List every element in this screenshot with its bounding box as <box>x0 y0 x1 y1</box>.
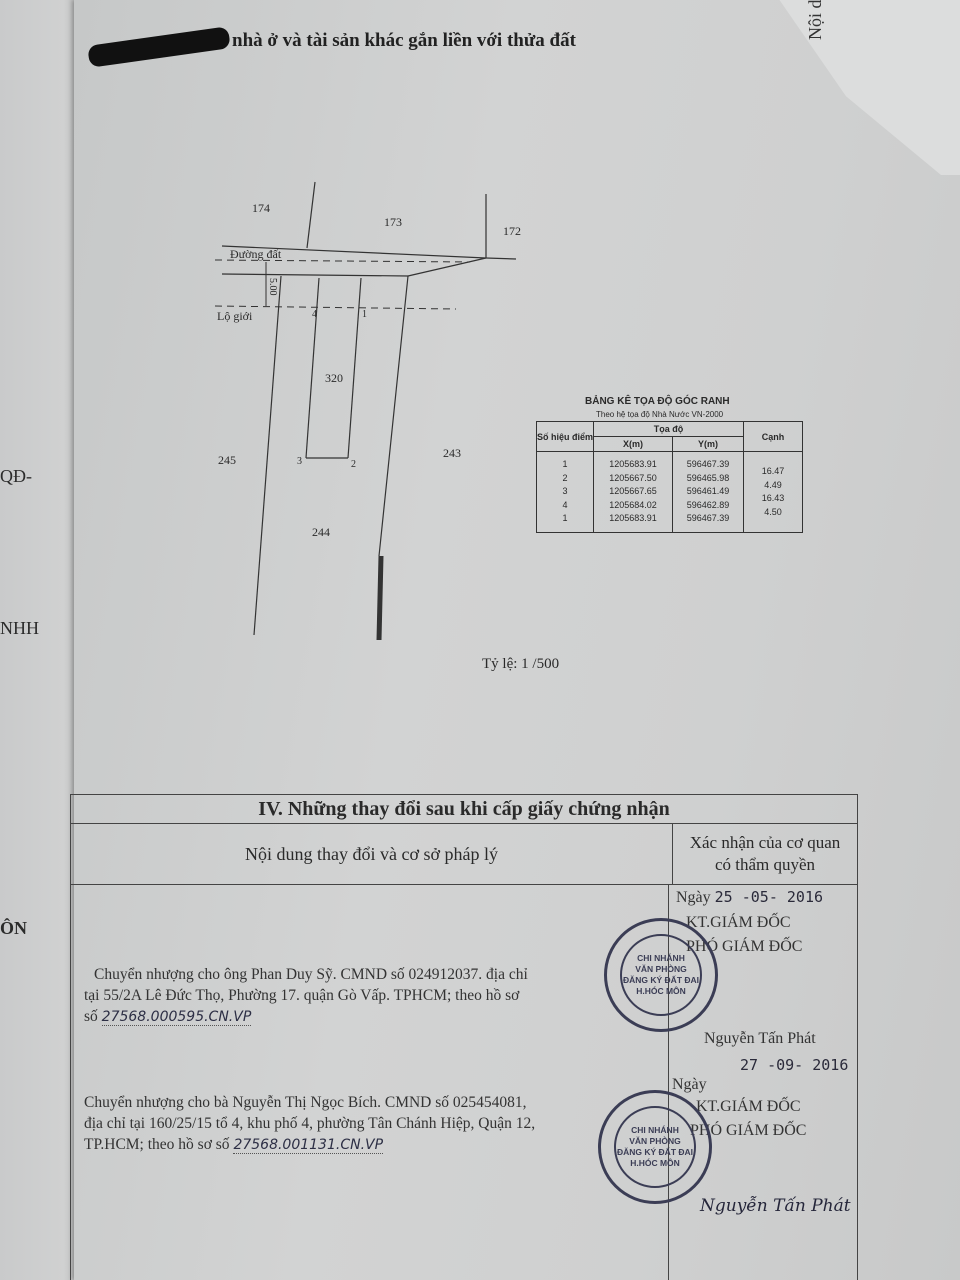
confirm-title: KT.GIÁM ĐỐC <box>696 1098 801 1116</box>
parcel-label-173: 173 <box>384 215 402 229</box>
confirm-date-label: Ngày <box>672 1076 707 1094</box>
header-edge: Cạnh <box>744 422 803 452</box>
y-column: 596467.39596465.98596461.49596462.895964… <box>673 452 744 533</box>
road-label: Đường đất <box>230 247 282 261</box>
confirm-title: KT.GIÁM ĐỐC <box>686 914 791 932</box>
corner-point-3: 3 <box>297 456 302 467</box>
header-x: X(m) <box>594 437 673 452</box>
coord-table-subtitle: Theo hệ tọa độ Nhà Nước VN-2000 <box>596 410 723 419</box>
confirm-date: 25 -05- 2016 <box>715 888 823 906</box>
parcel-map: 174 173 172 320 245 243 244 Đường đất Lộ… <box>0 0 960 700</box>
corner-point-1: 1 <box>362 309 367 320</box>
confirm-date-2: 27 -09- 2016 <box>740 1056 848 1075</box>
col-confirm-header: Xác nhận của cơ quan có thẩm quyền <box>672 824 857 884</box>
confirm-1: Ngày 25 -05- 2016 <box>676 888 823 907</box>
col-content-header: Nội dung thay đổi và cơ sở pháp lý <box>71 824 672 884</box>
coord-table: Số hiệu điểm Tọa độ Cạnh X(m) Y(m) 12341… <box>536 421 803 533</box>
signer-name: Nguyễn Tấn Phát <box>704 1030 816 1048</box>
parcel-label-243: 243 <box>443 446 461 460</box>
x-column: 1205683.911205667.501205667.651205684.02… <box>594 452 673 533</box>
parcel-label-244: 244 <box>312 525 330 539</box>
change-entry-1: Chuyển nhượng cho ông Phan Duy Sỹ. CMND … <box>94 964 654 1028</box>
point-column: 12341 <box>537 452 594 533</box>
setback-label: Lộ giới <box>217 309 253 323</box>
corner-point-2: 2 <box>351 459 356 470</box>
parcel-label-320: 320 <box>325 371 343 385</box>
file-number: 27568.001131.CN.VP <box>233 1137 383 1154</box>
edge-column: 16.474.4916.434.50 <box>744 452 803 533</box>
change-entry-2: Chuyển nhượng cho bà Nguyễn Thị Ngọc Bíc… <box>84 1092 664 1156</box>
changes-title: IV. Những thay đổi sau khi cấp giấy chứn… <box>71 795 857 824</box>
parcel-label-172: 172 <box>503 224 521 238</box>
file-number: 27568.000595.CN.VP <box>102 1009 252 1026</box>
header-point: Số hiệu điểm <box>537 422 594 452</box>
header-coords: Tọa độ <box>594 422 744 437</box>
parcel-label-245: 245 <box>218 453 236 467</box>
left-fragment: ÔN <box>0 918 27 939</box>
signer-name-handwritten: Nguyễn Tấn Phát <box>700 1196 851 1216</box>
coord-table-title: BẢNG KÊ TỌA ĐỘ GÓC RANH <box>585 396 730 407</box>
map-scale: Tỷ lệ: 1 /500 <box>482 656 559 673</box>
header-y: Y(m) <box>673 437 744 452</box>
corner-point-4: 4 <box>312 309 317 320</box>
official-stamp: CHI NHÁNHVĂN PHÒNGĐĂNG KÝ ĐẤT ĐAIH.HÓC M… <box>598 1090 712 1204</box>
parcel-label-174: 174 <box>252 201 270 215</box>
official-stamp: CHI NHÁNHVĂN PHÒNGĐĂNG KÝ ĐẤT ĐAIH.HÓC M… <box>604 918 718 1032</box>
setback-distance: 5.00 <box>267 278 278 296</box>
